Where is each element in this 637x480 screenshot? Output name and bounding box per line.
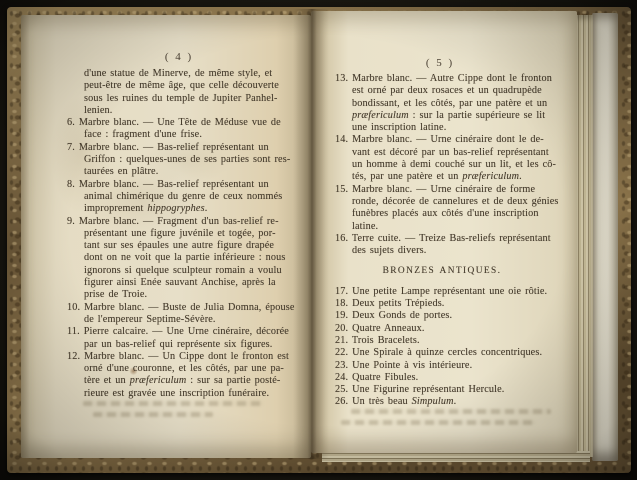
text-line: 17. Une petite Lampe représentant une oi…	[335, 286, 549, 298]
text-line: 16. Terre cuite. — Treize Bas-reliefs re…	[335, 233, 549, 245]
text-line: funèbres placés aux côtés d'une inscript…	[335, 208, 549, 220]
text-line: un homme à demi couché sur un lit, et le…	[335, 159, 549, 171]
page-number-left: ( 4 )	[67, 51, 291, 63]
text-line: 10. Marbre blanc. — Buste de Julia Domna…	[67, 302, 293, 314]
text-line: orné d'une couronne, et les côtés, par u…	[67, 363, 293, 375]
text-line: bondissant, et les côtés, par une patère…	[335, 98, 549, 110]
text-line: 15. Marbre blanc. — Urne cinéraire de fo…	[335, 184, 549, 196]
left-page: ( 4 ) d'une statue de Minerve, de même s…	[21, 15, 311, 458]
bleedthrough-text	[351, 409, 551, 414]
text-line: figurer ainsi Enée sauvant Anchise, aprè…	[67, 277, 293, 289]
text-line: 22. Une Spirale à quinze cercles concent…	[335, 347, 549, 359]
text-line: est orné par deux rosaces et un quadrupè…	[335, 85, 549, 97]
text-line: 12. Marbre blanc. — Un Cippe dont le fro…	[67, 351, 293, 363]
text-line: peut-être de même âge, que celle découve…	[67, 80, 293, 92]
text-line: 23. Une Pointe à vis intérieure.	[335, 360, 549, 372]
text-line: dont on ne voit que la partie inférieure…	[67, 252, 293, 264]
book-scan-photo: ( 4 ) d'une statue de Minerve, de même s…	[0, 0, 637, 480]
text-line: tant sur ses épaules une autre figure dr…	[67, 240, 293, 252]
text-line: de l'empereur Septime-Sévère.	[67, 314, 293, 326]
text-line: taurées en plâtre.	[67, 166, 293, 178]
text-line: des sujets divers.	[335, 245, 549, 257]
text-line: rieure est gravée une inscription funéra…	[67, 388, 293, 400]
text-line: sous les ruines du temple de Jupiter Pan…	[67, 93, 293, 105]
right-page-text: 13. Marbre blanc. — Autre Cippe dont le …	[335, 73, 549, 409]
text-line: tère et un præfericulum : sur sa partie …	[67, 375, 293, 387]
section-heading: BRONZES ANTIQUES.	[335, 265, 549, 277]
book-gutter-shadow	[293, 9, 329, 459]
bleedthrough-text	[341, 420, 536, 425]
right-page: ( 5 ) 13. Marbre blanc. — Autre Cippe do…	[311, 11, 577, 453]
text-line: præfericulum : sur la partie supérieure …	[335, 110, 549, 122]
page-number-right: ( 5 )	[335, 57, 545, 69]
text-line: 6. Marbre blanc. — Une Tête de Méduse vu…	[67, 117, 293, 129]
text-line: 19. Deux Gonds de portes.	[335, 310, 549, 322]
bronze-items-list: 17. Une petite Lampe représentant une oi…	[335, 286, 549, 409]
text-line: 13. Marbre blanc. — Autre Cippe dont le …	[335, 73, 549, 85]
under-pages-fore-edge	[592, 13, 618, 461]
text-line: une inscription latine.	[335, 122, 549, 134]
bleedthrough-text	[83, 401, 263, 406]
text-line: Griffon : quelques-unes de ses parties s…	[67, 154, 293, 166]
text-line: latine.	[335, 221, 549, 233]
text-line: lenien.	[67, 105, 293, 117]
text-line: 18. Deux petits Trépieds.	[335, 298, 549, 310]
text-line: 20. Quatre Anneaux.	[335, 323, 549, 335]
bleedthrough-text	[93, 412, 213, 417]
text-line: 11. Pierre calcaire. — Une Urne cinérair…	[67, 326, 293, 338]
text-line: ronde, décorée de cannelures et de deux …	[335, 196, 549, 208]
text-line: 14. Marbre blanc. — Urne cinéraire dont …	[335, 134, 549, 146]
right-page-lines: 13. Marbre blanc. — Autre Cippe dont le …	[335, 73, 549, 257]
text-line: d'une statue de Minerve, de même style, …	[67, 68, 293, 80]
text-line: 9. Marbre blanc. — Fragment d'un bas-rel…	[67, 216, 293, 228]
page-stack-right-edge	[576, 15, 593, 457]
text-line: présentant une figure juvénile et togée,…	[67, 228, 293, 240]
text-line: face : fragment d'une frise.	[67, 129, 293, 141]
text-line: improprement hippogryphes.	[67, 203, 293, 215]
text-line: ignorons si quelque sculpteur romain a v…	[67, 265, 293, 277]
text-line: 26. Un très beau Simpulum.	[335, 396, 549, 408]
text-line: 24. Quatre Fibules.	[335, 372, 549, 384]
text-line: prise de Troie.	[67, 289, 293, 301]
text-line: 8. Marbre blanc. — Bas-relief représenta…	[67, 179, 293, 191]
text-line: animal chimérique du genre de ceux nommé…	[67, 191, 293, 203]
text-line: 25. Une Figurine représentant Hercule.	[335, 384, 549, 396]
left-page-text: d'une statue de Minerve, de même style, …	[67, 68, 293, 400]
text-line: 21. Trois Bracelets.	[335, 335, 549, 347]
text-line: tés, par une patère et un præfericulum.	[335, 171, 549, 183]
text-line: 7. Marbre blanc. — Bas-relief représenta…	[67, 142, 293, 154]
text-line: par un bas-relief qui représente six fig…	[67, 339, 293, 351]
text-line: vant est décoré par un bas-relief représ…	[335, 147, 549, 159]
